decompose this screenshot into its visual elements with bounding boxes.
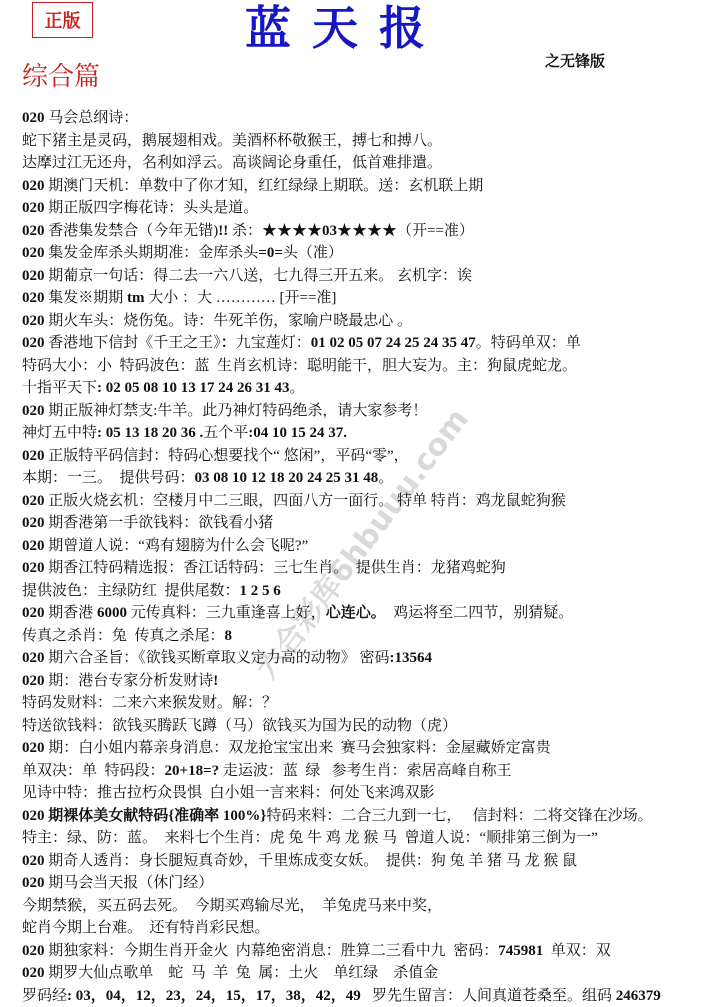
text-line: 020 期独家料：今期生肖开金火 内幕绝密消息：胜算二三看中九 密码：74598…	[22, 940, 661, 963]
text-line: 蛇肖今期上台难。 还有特肖彩民想。	[22, 917, 661, 940]
bold-text-segment: 03	[322, 223, 337, 239]
text-segment: 期：白小姐内幕亲身消息：双龙抢宝宝出来 赛马会独家料：金屋藏娇定富贵	[45, 740, 551, 756]
text-line: 020 正版特平码信封：特码心想要找个“ 悠闲”，平码“零”，	[22, 445, 661, 468]
bold-text-segment: 020	[22, 200, 45, 216]
bold-text-segment: !	[213, 673, 218, 689]
text-line: 020 期六合圣旨：《欲钱买断章取义定力高的动物》 密码:13564	[22, 647, 661, 670]
bold-text-segment: 020	[22, 178, 45, 194]
text-segment: 罗码经	[22, 988, 67, 1004]
official-badge: 正版	[32, 2, 93, 38]
official-badge-label: 正版	[45, 7, 81, 33]
bold-text-segment: : 05 13 18 20 36 .	[97, 425, 203, 441]
text-segment: 五个平	[203, 425, 248, 441]
bold-text-segment: 020	[22, 673, 45, 689]
bold-text-segment: : 03，04，12，23，24，15，17，38，42，49	[67, 988, 361, 1004]
text-line: 传真之杀肖：兔 传真之杀尾：8	[22, 625, 661, 648]
text-segment: 特送欲钱料：欲钱买腾跃飞蹲（马）欲钱买为国为民的动物（虎）	[22, 718, 457, 734]
text-segment: 特主：绿、防：蓝。 来料七个生肖：虎 兔 牛 鸡 龙 猴 马 曾道人说：“顺排第…	[22, 830, 598, 846]
text-line: 020 期曾道人说：“鸡有翅膀为什么会飞呢?”	[22, 535, 661, 558]
text-line: 020 期：港台专家分析发财诗!	[22, 670, 661, 693]
text-line: 特码大小：小 特码波色：蓝 生肖玄机诗：聪明能干，胆大妄为。主：狗鼠虎蛇龙。	[22, 355, 661, 378]
bold-text-segment: 020	[22, 560, 45, 576]
text-line: 020 期正版神灯禁支:牛羊。此乃神灯特码绝杀，请大家参考！	[22, 400, 661, 423]
text-line: 特码发财料：二来六来猴发财。解：？	[22, 692, 661, 715]
text-segment: 期正版神灯禁支:牛羊。此乃神灯特码绝杀，请大家参考！	[45, 403, 428, 419]
text-segment: 期六合圣旨：《欲钱买断章取义定力高的动物》 密码	[45, 650, 390, 666]
bold-text-segment: 020	[22, 965, 45, 981]
text-line: 罗码经: 03，04，12，23，24，15，17，38，42，49 罗先生留言…	[22, 985, 661, 1007]
bold-text-segment: ：	[221, 335, 236, 351]
text-line: 020 期罗大仙点歌单 蛇 马 羊 兔 属：土火 单红绿 杀值金	[22, 962, 661, 985]
bold-text-segment: 020	[22, 313, 45, 329]
text-segment: 期独家料：今期生肖开金火 内幕绝密消息：胜算二三看中九 密码：	[45, 943, 499, 959]
bold-text-segment: 020	[22, 245, 45, 261]
text-segment: 期曾道人说：“鸡有翅膀为什么会飞呢?”	[45, 538, 309, 554]
text-segment: 九宝莲灯：	[236, 335, 311, 351]
bold-text-segment: 020	[22, 448, 45, 464]
text-segment: 正版火烧玄机：空楼月中二三眼，四面八方一面行。 特单 特肖：鸡龙鼠蛇狗猴	[45, 493, 566, 509]
bold-text-segment: 020	[22, 650, 45, 666]
text-line: 十指平天下: 02 05 08 10 13 17 24 26 31 43。	[22, 377, 661, 400]
text-segment: 提供波色：主绿防红 提供尾数：	[22, 583, 240, 599]
text-segment: 十指平天下	[22, 380, 97, 396]
text-line: 本期：一三。 提供号码：03 08 10 12 18 20 24 25 31 4…	[22, 467, 661, 490]
text-segment: 。特码单双：单	[476, 335, 581, 351]
text-segment: 期香港第一手欲钱料：欲钱看小猪	[45, 515, 274, 531]
bold-text-segment: 03 08 10 12 18 20 24 25 31 48	[195, 470, 379, 486]
bold-text-segment: 020	[22, 268, 45, 284]
text-line: 020 期正版四字梅花诗：头头是道。	[22, 197, 661, 220]
text-segment: 传真之杀肖：兔 传真之杀尾：	[22, 628, 225, 644]
text-line: 020 期香港 6000 元传真料：三九重逢喜上好，心连心。 鸡运将至二四节，别…	[22, 602, 661, 625]
text-line: 020 期裸体美女献特码{准确率 100%}特码来料：二合三九到一七， 信封料：…	[22, 805, 661, 828]
bold-text-segment: 1 2 5 6	[240, 583, 281, 599]
text-segment: 期葡京一句话：得二去一六八送，七九得三开五来。 玄机字：诶	[45, 268, 473, 284]
text-segment: 元传真料：三九重逢喜上好，	[127, 605, 326, 621]
text-segment: 今期禁猴，买五码去死。 今期买鸡输尽光， 羊兔虎马来中奖，	[22, 898, 442, 914]
text-line: 特主：绿、防：蓝。 来料七个生肖：虎 兔 牛 鸡 龙 猴 马 曾道人说：“顺排第…	[22, 827, 661, 850]
text-line: 020 期香港第一手欲钱料：欲钱看小猪	[22, 512, 661, 535]
text-line: 蛇下猪主是灵码，鹅展翅相戏。美酒杯杯敬猴王，搏七和搏八。	[22, 130, 661, 153]
edition-subtitle: 之无锋版	[545, 50, 605, 71]
page-title: 蓝天报	[245, 2, 446, 56]
text-line: 020 期马会当天报（休门经）	[22, 872, 661, 895]
text-segment: 本期：一三。 提供号码：	[22, 470, 195, 486]
bold-text-segment: 020	[22, 403, 45, 419]
text-line: 单双决：单 特码段：20+18=? 走运波：蓝 绿 参考生肖：索居高峰自称王	[22, 760, 661, 783]
bold-text-segment: 8	[225, 628, 233, 644]
text-segment: 马会总纲诗：	[45, 110, 139, 126]
text-segment: 期正版四字梅花诗：头头是道。	[45, 200, 259, 216]
text-line: 020 马会总纲诗：	[22, 107, 661, 130]
bold-text-segment: =0=	[258, 245, 283, 261]
bold-text-segment: 心连心。	[326, 605, 386, 621]
bold-text-segment: !!	[218, 223, 228, 239]
text-line: 特送欲钱料：欲钱买腾跃飞蹲（马）欲钱买为国为民的动物（虎）	[22, 715, 661, 738]
text-segment: 鸡运将至二四节，别猜疑。	[386, 605, 574, 621]
bold-text-segment: :13564	[390, 650, 433, 666]
bold-text-segment: 20+18=?	[165, 763, 220, 779]
text-line: 今期禁猴，买五码去死。 今期买鸡输尽光， 羊兔虎马来中奖，	[22, 895, 661, 918]
text-line: 020 期火车头：烧伤兔。诗：牛死羊伤，家喻户晓最忠心 。	[22, 310, 661, 333]
bold-text-segment: : 02 05 08 10 13 17 24 26 31 43	[97, 380, 290, 396]
text-segment: 期马会当天报（休门经）	[45, 875, 214, 891]
text-segment: 神灯五中特	[22, 425, 97, 441]
text-line: 020 期：白小姐内幕亲身消息：双龙抢宝宝出来 赛马会独家料：金屋藏娇定富贵	[22, 737, 661, 760]
text-segment: 期：港台专家分析发财诗	[45, 673, 214, 689]
bold-text-segment: 020	[22, 290, 45, 306]
text-segment: 特码来料：二合三九到一七， 信封料：二将交锋在沙场。	[266, 808, 652, 824]
text-segment: 香港集发禁合（今年无错)	[45, 223, 219, 239]
text-segment: 罗先生留言：人间真道苍桑至。组码	[361, 988, 616, 1004]
bold-text-segment: 020 期裸体美女献特码{准确率 100%}	[22, 808, 266, 824]
text-line: 020 香港地下信封《千王之王》：九宝莲灯：01 02 05 07 24 25 …	[22, 332, 661, 355]
article-body: 020 马会总纲诗：蛇下猪主是灵码，鹅展翅相戏。美酒杯杯敬猴王，搏七和搏八。达摩…	[22, 107, 661, 1007]
bold-text-segment: 020	[22, 515, 45, 531]
bold-text-segment: 020	[22, 538, 45, 554]
text-segment: 期香江特码精选报：香江话特码：三七生肖。 提供生肖：龙猪鸡蛇狗	[45, 560, 506, 576]
text-line: 020 期香江特码精选报：香江话特码：三七生肖。 提供生肖：龙猪鸡蛇狗	[22, 557, 661, 580]
text-segment: 正版特平码信封：特码心想要找个“ 悠闲”，平码“零”，	[45, 448, 409, 464]
text-line: 020 香港集发禁合（今年无错)!! 杀：★★★★03★★★★（开==准）	[22, 220, 661, 243]
text-line: 020 集发金库杀头期期准：金库杀头=0=头（准）	[22, 242, 661, 265]
text-segment: 集发金库杀头期期准：金库杀头	[45, 245, 259, 261]
bold-text-segment: :04 10 15 24 37.	[248, 425, 347, 441]
bold-text-segment: 6000	[97, 605, 127, 621]
text-segment: 蛇肖今期上台难。 还有特肖彩民想。	[22, 920, 270, 936]
text-line: 提供波色：主绿防红 提供尾数：1 2 5 6	[22, 580, 661, 603]
text-line: 达摩过江无还舟，名利如浮云。高谈阔论身重任，低首难排遣。	[22, 152, 661, 175]
bold-text-segment: 020	[22, 493, 45, 509]
bold-text-segment: 020	[22, 943, 45, 959]
text-segment: 单双决：单 特码段：	[22, 763, 165, 779]
text-segment: 走运波：蓝 绿 参考生肖：索居高峰自称王	[219, 763, 512, 779]
text-line: 020 集发※期期 tm 大小 ：大 ………… [开==准]	[22, 287, 661, 310]
bold-text-segment: 020	[22, 853, 45, 869]
text-segment: 期罗大仙点歌单 蛇 马 羊 兔 属：土火 单红绿 杀值金	[45, 965, 439, 981]
text-segment: 头（准）	[283, 245, 343, 261]
text-segment: 期奇人透肖：身长腿短真奇妙，千里炼成变女妖。 提供：狗 兔 羊 猪 马 龙 猴 …	[45, 853, 578, 869]
text-segment: 。	[290, 380, 305, 396]
bold-text-segment: 246379	[616, 988, 661, 1004]
text-segment: 单双：双	[543, 943, 611, 959]
text-segment: 集发※期期	[45, 290, 128, 306]
bold-text-segment: 020	[22, 223, 45, 239]
bold-text-segment: tm	[127, 290, 145, 306]
text-segment: 蛇下猪主是灵码，鹅展翅相戏。美酒杯杯敬猴王，搏七和搏八。	[22, 133, 442, 149]
section-heading: 综合篇	[22, 60, 100, 94]
text-line: 见诗中特：推古拉朽众畏惧 白小姐一言来料：何处飞来鸿双影	[22, 782, 661, 805]
text-line: 020 期奇人透肖：身长腿短真奇妙，千里炼成变女妖。 提供：狗 兔 羊 猪 马 …	[22, 850, 661, 873]
bold-text-segment: 020	[22, 605, 45, 621]
text-segment: 特码发财料：二来六来猴发财。解：？	[22, 695, 277, 711]
bold-text-segment: 01 02 05 07 24 25 24 35 47	[311, 335, 476, 351]
bold-text-segment: 020	[22, 875, 45, 891]
text-segment: 期火车头：烧伤兔。诗：牛死羊伤，家喻户晓最忠心 。	[45, 313, 413, 329]
text-segment: 大小 ：大 ………… [开==准]	[145, 290, 337, 306]
text-segment: 期香港	[45, 605, 98, 621]
text-segment: 特码大小：小 特码波色：蓝 生肖玄机诗：聪明能干，胆大妄为。主：狗鼠虎蛇龙。	[22, 358, 577, 374]
bold-text-segment: 020	[22, 740, 45, 756]
text-line: 神灯五中特: 05 13 18 20 36 .五个平:04 10 15 24 3…	[22, 422, 661, 445]
text-segment: 香港地下信封《千王之王》	[45, 335, 221, 351]
bold-text-segment: 020	[22, 110, 45, 126]
text-line: 020 期葡京一句话：得二去一六八送，七九得三开五来。 玄机字：诶	[22, 265, 661, 288]
text-segment: 达摩过江无还舟，名利如浮云。高谈阔论身重任，低首难排遣。	[22, 155, 442, 171]
text-segment: 期澳门天机：单数中了你才知，红红绿绿上期联。送：玄机联上期	[45, 178, 484, 194]
bold-text-segment: 020	[22, 335, 45, 351]
text-line: 020 正版火烧玄机：空楼月中二三眼，四面八方一面行。 特单 特肖：鸡龙鼠蛇狗猴	[22, 490, 661, 513]
text-line: 020 期澳门天机：单数中了你才知，红红绿绿上期联。送：玄机联上期	[22, 175, 661, 198]
bold-text-segment: 745981	[498, 943, 543, 959]
text-segment: 。	[378, 470, 393, 486]
text-segment: ★★★★（开==准）	[337, 223, 474, 239]
text-segment: 见诗中特：推古拉朽众畏惧 白小姐一言来料：何处飞来鸿双影	[22, 785, 435, 801]
text-segment: 杀：★★★★	[228, 223, 322, 239]
